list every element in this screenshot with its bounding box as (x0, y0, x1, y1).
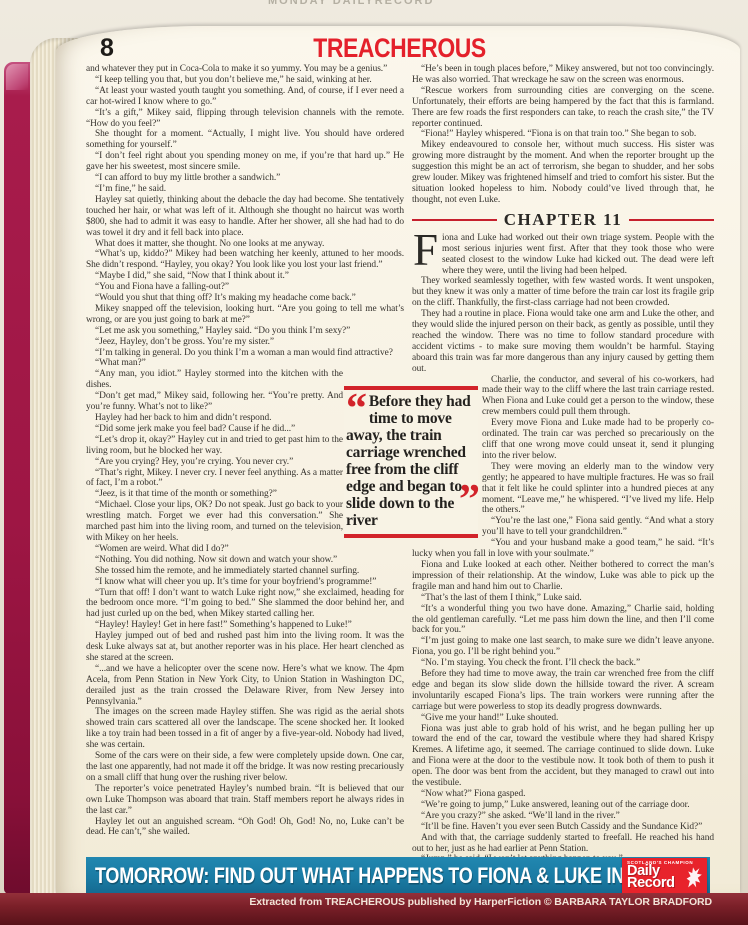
body-paragraph: “Nothing. You did nothing. Now sit down … (86, 555, 404, 566)
credit-footer: Extracted from TREACHEROUS published by … (0, 893, 748, 908)
tomorrow-banner: TOMORROW: FIND OUT WHAT HAPPENS TO FIONA… (86, 857, 710, 894)
body-paragraph: “Hayley! Hayley! Get in here fast!” Some… (86, 620, 404, 631)
tomorrow-banner-text: TOMORROW: FIND OUT WHAT HAPPENS TO FIONA… (95, 863, 679, 889)
body-paragraph: Hayley sat quietly, thinking about the d… (86, 195, 404, 239)
body-paragraph: Mikey endeavoured to console her, withou… (412, 140, 714, 205)
body-paragraph: Hayley let out an anguished scream. “Oh … (86, 817, 404, 839)
body-paragraph: “He’s been in tough places before,” Mike… (412, 64, 714, 86)
lion-rampant-icon (683, 865, 703, 889)
page-number: 8 (100, 34, 114, 63)
body-paragraph: “That’s the last of them I think,” Luke … (412, 593, 714, 604)
newspaper-page: 8 TREACHEROUS and whatever they put in C… (56, 26, 740, 894)
pull-quote: “Before they had time to move away, the … (344, 386, 478, 538)
body-paragraph: The images on the screen made Hayley sti… (86, 707, 404, 751)
body-paragraph: Fiona was just able to grab hold of his … (412, 724, 714, 789)
body-paragraph: “Maybe I did,” she said, “Now that I thi… (86, 271, 404, 282)
body-paragraph: “You and Fiona have a falling-out?” (86, 282, 404, 293)
faint-masthead: MONDAY DAILYRECORD (268, 0, 434, 7)
body-paragraph: “I can afford to buy my little brother a… (86, 173, 404, 184)
body-paragraph: “Jeez, Hayley, don’t be gross. You’re my… (86, 337, 404, 348)
body-paragraph: “I’m fine,” he said. (86, 184, 404, 195)
body-paragraph: “I don’t feel right about you spending m… (86, 151, 404, 173)
article-columns: and whatever they put in Coca-Cola to ma… (86, 64, 714, 863)
page-header: 8 TREACHEROUS (86, 33, 714, 63)
close-quote-icon: ” (459, 490, 480, 510)
footer-strip: Extracted from TREACHEROUS published by … (0, 893, 748, 925)
body-paragraph: Some of the cars were on their side, a f… (86, 751, 404, 784)
body-paragraph: “I keep telling you that, but you don’t … (86, 75, 404, 86)
body-paragraph: “...and we have a helicopter over the sc… (86, 664, 404, 708)
body-paragraph: “No. I’m staying. You check the front. I… (412, 658, 714, 669)
open-quote-icon: “ (346, 394, 367, 424)
body-paragraph: “We’re going to jump,” Luke answered, le… (412, 800, 714, 811)
body-paragraph: “Give me your hand!” Luke shouted. (412, 713, 714, 724)
chapter-heading-label: CHAPTER 11 (504, 210, 622, 230)
body-paragraph: The reporter’s voice penetrated Hayley’s… (86, 784, 404, 817)
body-paragraph: “Now what?” Fiona gasped. (412, 789, 714, 800)
book-cover (4, 62, 32, 894)
body-paragraph: She thought for a moment. “Actually, I m… (86, 129, 404, 151)
body-paragraph: “It’ll be fine. Haven’t you ever seen Bu… (412, 822, 714, 833)
body-paragraph: “I’m talking in general. Do you think I’… (86, 348, 404, 359)
body-paragraph: “At least your wasted youth taught you s… (86, 86, 404, 108)
body-paragraph: “Fiona!” Hayley whispered. “Fiona is on … (412, 129, 714, 140)
body-paragraph: And with that, the carriage suddenly sta… (412, 833, 714, 855)
body-paragraph: What does it matter, she thought. No one… (86, 239, 404, 250)
body-paragraph: Fiona and Luke had worked out their own … (412, 233, 714, 277)
drop-cap: F (412, 233, 442, 267)
body-paragraph: “Rescue workers from surrounding cities … (412, 86, 714, 130)
chapter-rule-right (629, 219, 714, 222)
body-paragraph: Fiona and Luke looked at each other. Nei… (412, 560, 714, 593)
body-paragraph: “Turn that off! I don’t want to watch Lu… (86, 588, 404, 621)
body-paragraph: They worked seamlessly together, with fe… (412, 276, 714, 309)
body-paragraph: “Would you shut that thing off? It’s mak… (86, 293, 404, 304)
book-title: TREACHEROUS (86, 33, 714, 64)
body-paragraph: “I’m just going to make one last search,… (412, 636, 714, 658)
body-paragraph: “It’s a gift,” Mikey said, flipping thro… (86, 108, 404, 130)
body-paragraph: Hayley jumped out of bed and rushed past… (86, 631, 404, 664)
pull-quote-text: “Before they had time to move away, the … (346, 393, 476, 529)
body-paragraph: Before they had time to move away, the t… (412, 669, 714, 713)
chapter-rule-left (412, 219, 497, 222)
chapter-heading: CHAPTER 11 (412, 210, 714, 230)
body-paragraph: “I know what will cheer you up. It’s tim… (86, 577, 404, 588)
body-paragraph: and whatever they put in Coca-Cola to ma… (86, 64, 404, 75)
body-paragraph: They had a routine in place. Fiona would… (412, 309, 714, 374)
body-paragraph: Mikey snapped off the television, lookin… (86, 304, 404, 326)
body-paragraph: “What’s up, kiddo?” Mikey had been watch… (86, 249, 404, 271)
body-paragraph: “Are you crazy?” she asked. “We’ll land … (412, 811, 714, 822)
daily-record-logo: SCOTLAND'S CHAMPION Daily Record (622, 858, 707, 893)
body-paragraph: “Let me ask you something,” Hayley said.… (86, 326, 404, 337)
body-paragraph: She tossed him the remote, and he immedi… (86, 566, 404, 577)
photo-of-book-page: { "masthead_faint": "MONDAY DAILYRECORD"… (0, 0, 748, 925)
book-title-text: TREACHEROUS (314, 33, 487, 64)
body-paragraph: “It’s a wonderful thing you two have don… (412, 604, 714, 637)
body-paragraph: “Women are weird. What did I do?” (86, 544, 404, 555)
